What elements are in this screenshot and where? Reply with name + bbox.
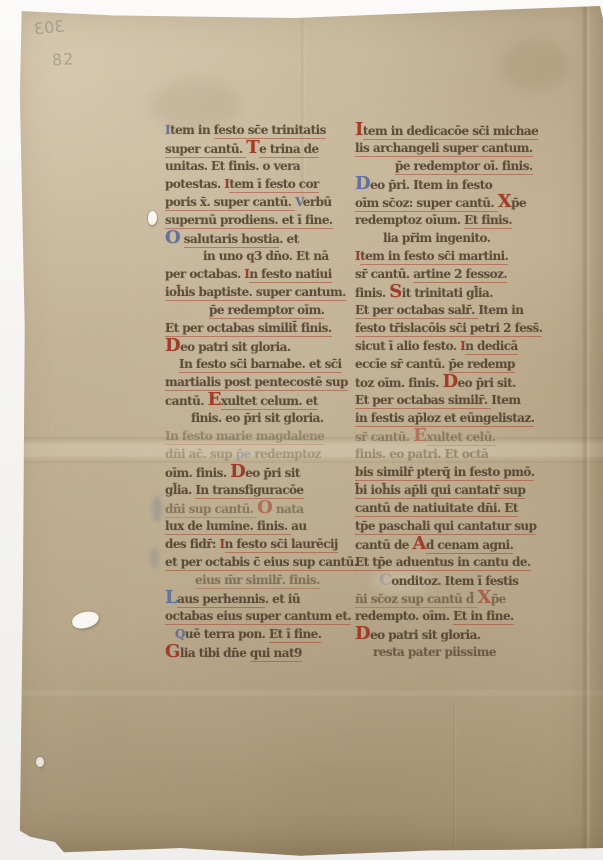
text-segment: e trina de [259, 142, 318, 158]
text-segment: cantū de [355, 538, 413, 552]
text-segment: aus perhennis [177, 592, 265, 608]
text-line: lis archangeli super cantum. [355, 139, 557, 157]
text-segment: In transfiguracōe [195, 483, 303, 499]
rubric-initial-red: G [165, 641, 180, 662]
text-segment: resta pater piissime [373, 645, 496, 659]
rubric-initial-blue: V [295, 195, 303, 209]
rubric-initial-blue: O [165, 227, 180, 248]
text-line: Item in dedicacōe sc̄i michae [355, 121, 557, 139]
text-segment: xultet celū. [426, 430, 495, 446]
text-line: n̄i sc̄oz sup cantū d̄ Xp̄e [355, 589, 557, 607]
text-segment: Et in fine. [453, 609, 514, 625]
text-segment: sr̄ cantū. [355, 430, 413, 444]
text-line: festo tr̄islacōis sc̄i petri 2 fess̄. [355, 319, 557, 337]
text-segment: n̄i sc̄oz sup cantū d̄ [355, 592, 477, 608]
text-line: cantū de Ad cenam agni. [355, 535, 557, 553]
text-segment: n festo natiui [249, 267, 331, 283]
text-segment: martialis post pentecostē sup [165, 375, 348, 391]
rubric-initial-red: T [246, 137, 259, 158]
text-segment: lia pr̄im ingenito. [383, 231, 490, 245]
text-line: Conditoz. Item ī festis [355, 571, 557, 589]
text-segment: In festo marie magdalene [165, 429, 324, 445]
text-segment: octabas eius super cantum et. [165, 609, 351, 625]
text-segment: tem ī festo cor [229, 177, 318, 193]
pencil-shelfmark-lower: 82 [51, 49, 75, 70]
text-line: potestas. Item ī festo cor [165, 175, 367, 193]
text-line: Item in festo sc̄e trinitatis [165, 121, 367, 139]
text-segment: Et tp̄e aduentus in cantu de. [355, 555, 531, 571]
text-segment: eo patri sit gloria. [370, 628, 480, 642]
rubric-initial-red: A [413, 533, 426, 554]
text-line: cantū de natiuitate dn̄i. Et [355, 499, 557, 517]
text-segment: o vera [263, 159, 301, 173]
text-segment: xultet celum. et [221, 394, 318, 410]
text-segment: cantū. [165, 394, 208, 408]
text-segment: qui nat9 [250, 646, 302, 662]
text-segment: p̄e redemp [449, 357, 515, 373]
text-segment: onditoz. [391, 574, 444, 588]
text-column-left: Item in festo sc̄e trinitatissuper cantū… [165, 121, 367, 661]
text-segment: finis. [355, 286, 389, 300]
text-segment: finis. eo p̄ri sit gloria. [191, 411, 323, 425]
text-segment: Et ī fine. [269, 627, 321, 643]
text-line: dn̄i ac̄. sup p̄e redemptoz [165, 445, 367, 463]
text-line: Deo p̄ri. Item in festo [355, 175, 557, 193]
text-line: bis similr̄ pterq̄ in festo pmō. [355, 463, 557, 481]
text-segment: salutaris hostia [184, 232, 280, 248]
text-segment: tem in dedicacōe sc̄i michae [363, 124, 538, 140]
text-line: tp̄e paschali qui cantatur sup [355, 517, 557, 535]
text-line: ioh̄is baptiste. super cantum. [165, 283, 367, 301]
manuscript-photo: 303 82 Item in festo sc̄e trinitatissupe… [0, 0, 603, 860]
text-line: supernū prodiens. et ī fine. [165, 211, 367, 229]
rubric-initial-blue: Q [175, 627, 185, 641]
text-line: Et tp̄e aduentus in cantu de. [355, 553, 557, 571]
text-line: eius m̄r similr̄. finis. [165, 571, 367, 589]
text-segment: ioh̄is baptiste. super cantum. [165, 285, 346, 301]
text-segment: per octabas. [165, 267, 244, 281]
text-segment: artine 2 fessoz. [413, 267, 507, 283]
text-line: des fidr̄: In festo sc̄i laurēcij [165, 535, 367, 553]
text-segment: eo p̄ri. Item in festo [370, 178, 492, 192]
text-segment: p̄e redemptor oī. finis. [395, 159, 533, 175]
text-segment: nata [272, 502, 303, 516]
text-segment: tem in [170, 123, 214, 137]
blue-margin-smudge [152, 496, 162, 522]
rubric-initial-red: S [389, 281, 401, 302]
text-segment: dn̄i ac̄. sup [165, 447, 236, 461]
text-line: unitas. Et finis. o vera [165, 157, 367, 175]
rubric-initial-red: I [355, 119, 363, 140]
text-line: super cantū. Te trina de [165, 139, 367, 157]
text-line: sr̄ cantū. Exultet celū. [355, 427, 557, 445]
stain [500, 40, 570, 90]
text-segment: redempto. oīm. [355, 609, 453, 623]
text-line: sr̄ cantū. artine 2 fessoz. [355, 265, 557, 283]
text-segment: tem in festo sc̄i martini. [360, 249, 508, 265]
parchment-leaf: 303 82 Item in festo sc̄e trinitatissupe… [0, 0, 603, 860]
text-line: oīm. finis. Deo p̄ri sit [165, 463, 367, 481]
text-line: finis. Sit trinitati gl̄ia. [355, 283, 557, 301]
text-segment: redemptoz oīum. [355, 213, 464, 227]
text-segment: finis. eo patri. Et octā [355, 447, 488, 461]
text-segment: Item [491, 393, 520, 407]
rubric-initial-blue: p̄e [236, 447, 251, 461]
text-line: in festis ap̄loz et eūngelistaz. [355, 409, 557, 427]
text-segment: potestas. [165, 177, 224, 191]
parchment-edge-nick [36, 757, 44, 767]
text-segment: Item in [478, 303, 523, 317]
rubric-initial-red: D [230, 461, 245, 482]
text-line: in uno q3 dn̄o. Et nā [165, 247, 367, 265]
vertical-crease-bottom [452, 700, 457, 860]
text-segment: Et finis. [464, 213, 512, 229]
text-line: cantū. Exultet celum. et [165, 391, 367, 409]
rubric-initial-red: I [220, 537, 225, 551]
text-segment: lia tibi dn̄e [180, 646, 250, 660]
text-segment: erbū [303, 195, 332, 209]
text-line: Item in festo sc̄i martini. [355, 247, 557, 265]
text-segment: . et iū [265, 592, 300, 606]
text-segment: n dedicā [465, 339, 518, 355]
text-segment: dn̄i sup cantū. [165, 502, 257, 518]
vertical-fold-crease [581, 0, 591, 860]
text-segment: redemptoz [251, 447, 321, 461]
text-segment: lis archangeli super cantum. [355, 141, 533, 157]
text-segment: p̄e redemptor oīm. [209, 303, 324, 319]
text-segment: super cantū. [165, 142, 246, 158]
text-line: resta pater piissime [355, 643, 557, 661]
text-segment: gl̄ia. [165, 483, 195, 497]
text-segment: b̄i ioh̄is ap̄li qui cantatr̄ sup [355, 483, 525, 499]
text-segment: n festo sc̄i laurēcij [225, 537, 338, 553]
text-segment: sr̄ cantū. [355, 267, 413, 281]
rubric-initial-red: E [413, 425, 426, 446]
text-line: martialis post pentecostē sup [165, 373, 367, 391]
rubric-initial-blue: L [165, 587, 177, 608]
text-segment: supernū prodiens. et ī fine. [165, 213, 333, 229]
text-line: toz oīm. finis. Deo p̄ri sit. [355, 373, 557, 391]
text-line: lux de lumine. finis. au [165, 517, 367, 535]
text-segment: eo p̄ri sit [245, 466, 300, 480]
text-segment: festo tr̄islacōis sc̄i petri 2 fess̄. [355, 321, 542, 337]
text-line: Deo patri sit gloria. [165, 337, 367, 355]
text-line: O salutaris hostia. et [165, 229, 367, 247]
text-segment: eo patri sit gloria. [180, 340, 290, 354]
rubric-initial-red: X [498, 191, 511, 212]
text-segment: oīm sc̄oz: super cantū. [355, 196, 498, 212]
text-line: Laus perhennis. et iū [165, 589, 367, 607]
rubric-initial-red: O [257, 497, 272, 518]
text-segment: bis similr̄ pterq̄ in festo pmō. [355, 465, 534, 481]
text-segment: Et per octabas salr̄. [355, 303, 478, 319]
text-line: lia pr̄im ingenito. [355, 229, 557, 247]
rubric-initial-red: D [355, 623, 370, 644]
text-segment: poris x̄. super cantū. [165, 195, 295, 211]
text-segment: Item ī festis [445, 574, 519, 588]
horizontal-fold-crease-faint [0, 688, 603, 698]
text-line: redempto. oīm. Et in fine. [355, 607, 557, 625]
text-line: p̄e redemptor oī. finis. [355, 157, 557, 175]
text-segment: festo sc̄e trinitatis [214, 123, 326, 139]
text-line: redemptoz oīum. Et finis. [355, 211, 557, 229]
text-segment: oīm. finis. [165, 466, 230, 480]
text-line: per octabas. In festo natiui [165, 265, 367, 283]
blue-margin-smudge [150, 548, 159, 568]
rubric-initial-red: E [208, 389, 221, 410]
text-segment: p̄e [491, 592, 506, 606]
text-line: b̄i ioh̄is ap̄li qui cantatr̄ sup [355, 481, 557, 499]
text-column-right: Item in dedicacōe sc̄i michaelis archang… [355, 121, 557, 661]
text-segment: sicut ī alio festo. [355, 339, 460, 353]
text-segment: tp̄e paschali qui cantatur sup [355, 519, 536, 535]
text-line: finis. eo patri. Et octā [355, 445, 557, 463]
text-segment: . et [279, 232, 298, 246]
text-segment: eius m̄r similr̄. finis. [195, 573, 320, 589]
text-segment: eo p̄ri sit. [458, 376, 516, 390]
text-segment: et per octabis c̄ eius sup cantū. [165, 555, 357, 571]
text-segment: Et per octabas similit̄ finis. [165, 321, 332, 337]
text-segment: des fidr̄: [165, 537, 220, 551]
text-segment: unitas. Et finis. [165, 159, 263, 173]
rubric-initial-blue: D [355, 173, 370, 194]
text-line: Et per octabas similr̄. Item [355, 391, 557, 409]
text-line: In festo marie magdalene [165, 427, 367, 445]
text-line: dn̄i sup cantū. O nata [165, 499, 367, 517]
text-line: Deo patri sit gloria. [355, 625, 557, 643]
text-line: p̄e redemptor oīm. [165, 301, 367, 319]
text-line: In festo sc̄i barnabe. et sc̄i [165, 355, 367, 373]
text-line: sicut ī alio festo. In dedicā [355, 337, 557, 355]
text-segment: Et per octabas similr̄. [355, 393, 491, 409]
text-segment: it trinitati gl̄ia. [402, 286, 493, 300]
text-line: et per octabis c̄ eius sup cantū. [165, 553, 367, 571]
text-line: Quē terra pon. Et ī fine. [165, 625, 367, 643]
pencil-shelfmark-top: 303 [33, 16, 65, 38]
text-segment: toz oīm. finis. [355, 376, 442, 390]
text-segment: in uno q3 dn̄o. Et nā [203, 249, 329, 263]
text-segment: in festis ap̄loz et eūngelistaz. [355, 411, 534, 427]
text-segment: cantū de natiuitate dn̄i. Et [355, 501, 518, 517]
text-segment: eccīe sr̄ cantū. [355, 357, 449, 371]
rubric-initial-red: D [442, 371, 457, 392]
text-line: finis. eo p̄ri sit gloria. [165, 409, 367, 427]
text-segment: d cenam agni. [426, 538, 513, 554]
text-line: Et per octabas salr̄. Item in [355, 301, 557, 319]
text-segment: p̄e [511, 196, 526, 210]
text-line: oīm sc̄oz: super cantū. Xp̄e [355, 193, 557, 211]
text-line: octabas eius super cantum et. [165, 607, 367, 625]
text-segment: In festo sc̄i barnabe. et sc̄i [179, 357, 342, 373]
rubric-initial-blue: C [379, 570, 391, 589]
rubric-initial-red: X [477, 587, 490, 608]
text-line: Et per octabas similit̄ finis. [165, 319, 367, 337]
rubric-initial-red: D [165, 335, 180, 356]
text-segment: uē terra pon. [185, 627, 269, 641]
text-line: Glia tibi dn̄e qui nat9 [165, 643, 367, 661]
text-line: poris x̄. super cantū. Verbū [165, 193, 367, 211]
text-segment: au [291, 519, 306, 533]
text-segment: lux de lumine. finis. [165, 519, 291, 535]
